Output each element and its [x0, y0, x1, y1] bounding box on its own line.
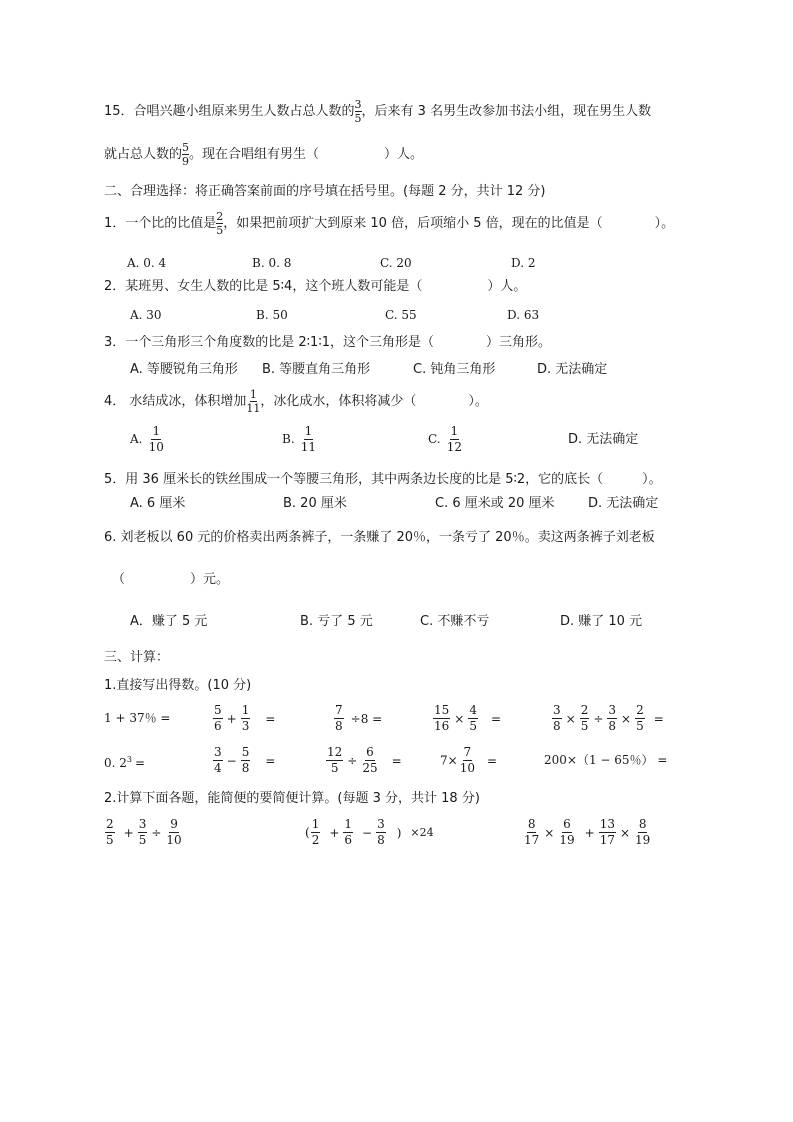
fraction: 910: [165, 817, 182, 848]
q2-option-b: B. 50: [256, 307, 288, 323]
equals: =: [392, 754, 402, 768]
operator: ÷: [593, 712, 603, 726]
operator: ×: [620, 826, 630, 840]
denominator: 5: [105, 833, 115, 848]
denominator: 5: [138, 833, 148, 848]
question-6: 6. 刘老板以 60 元的价格卖出两条裤子，一条赚了 20％，一条亏了 20％。…: [104, 530, 655, 546]
expr-1-3: 78÷8 =: [333, 703, 385, 734]
numerator: 15: [433, 703, 450, 719]
denominator: 10: [165, 833, 182, 848]
fraction: 59: [182, 141, 189, 168]
option-label: B.: [282, 432, 295, 446]
numerator: 3: [355, 98, 362, 112]
equals: =: [135, 756, 145, 770]
q3-option-b: B. 等腰直角三角形: [262, 362, 370, 378]
denominator: 9: [182, 155, 189, 168]
denominator: 6: [343, 833, 353, 848]
q5-option-a: A. 6 厘米: [130, 496, 185, 512]
numerator: 5: [182, 141, 189, 155]
numerator: 8: [638, 817, 648, 833]
base: 0. 2: [104, 756, 127, 770]
numerator: 2: [635, 703, 645, 719]
exponent: 3: [127, 755, 132, 764]
fraction: 25: [105, 817, 115, 848]
question-text: 4． 水结成冰，体积增加: [104, 394, 246, 409]
fraction: 45: [468, 703, 478, 734]
q1-option-d: D. 2: [511, 255, 535, 271]
fraction: 12: [311, 817, 321, 848]
option-label: C.: [428, 432, 441, 446]
fraction: 25: [580, 703, 590, 734]
denominator: 19: [558, 833, 575, 848]
numerator: 12: [326, 745, 343, 761]
part1-title: 1.直接写出得数。(10 分): [104, 678, 251, 694]
section3-title: 三、计算：: [104, 650, 169, 666]
denominator: 8: [334, 719, 344, 734]
fraction: 56: [213, 703, 223, 734]
numerator: 4: [468, 703, 478, 719]
q4-option-c: C. 112: [428, 424, 464, 455]
operator: ×: [566, 712, 576, 726]
fraction: 25: [216, 210, 223, 237]
fraction: 817: [523, 817, 540, 848]
numerator: 9: [169, 817, 179, 833]
q15-text: 。现在合唱组有男生（ ）人。: [189, 147, 423, 162]
denominator: 25: [361, 761, 378, 776]
denominator: 8: [376, 833, 386, 848]
operator: 7×: [440, 754, 458, 768]
question-4: 4． 水结成冰，体积增加111，冰化成水，体积将减少（ ）。: [104, 394, 488, 421]
operator: ×: [454, 712, 464, 726]
expr-2-1: 0. 23=: [104, 752, 145, 771]
numerator: 1: [450, 424, 460, 440]
fraction: 1317: [599, 817, 616, 848]
q6-option-b: B. 亏了 5 元: [300, 614, 373, 630]
q6-option-a: A．赚了 5 元: [130, 614, 207, 630]
fraction: 110: [148, 424, 165, 455]
numerator: 1: [241, 703, 251, 719]
q6-option-d: D. 赚了 10 元: [560, 614, 642, 630]
equals: =: [265, 754, 275, 768]
equals: =: [487, 754, 497, 768]
denominator: 5: [330, 761, 340, 776]
calc-1: 25+35÷910: [104, 817, 184, 848]
operator: ÷8 =: [351, 712, 383, 726]
fraction: 13: [241, 703, 251, 734]
option-label: A.: [130, 432, 142, 446]
denominator: 8: [241, 761, 251, 776]
calc-2: (12+16−38)×24: [305, 817, 437, 848]
q2-option-d: D. 63: [507, 307, 539, 323]
fraction: 112: [446, 424, 463, 455]
denominator: 2: [311, 833, 321, 848]
q5-option-d: D. 无法确定: [588, 496, 658, 512]
denominator: 10: [148, 440, 165, 455]
operator: ×24: [410, 826, 433, 839]
q5-option-b: B. 20 厘米: [283, 496, 347, 512]
q4-option-a: A. 110: [130, 424, 166, 455]
expr-2-3: 125÷625=: [325, 745, 405, 776]
q3-option-d: D. 无法确定: [537, 362, 607, 378]
operator: ×: [621, 712, 631, 726]
fraction: 35: [355, 98, 362, 125]
q15-line2: 就占总人数的59。现在合唱组有男生（ ）人。: [104, 147, 423, 174]
q2-option-a: A. 30: [130, 307, 162, 323]
fraction: 38: [552, 703, 562, 734]
operator: ÷: [347, 754, 357, 768]
denominator: 11: [246, 402, 260, 415]
expr-2-5: 200×（1 − 65％） =: [544, 752, 667, 768]
denominator: 6: [213, 719, 223, 734]
denominator: 5: [216, 224, 223, 237]
fraction: 38: [376, 817, 386, 848]
denominator: 17: [599, 833, 616, 848]
numerator: 13: [599, 817, 616, 833]
q4-option-d: D. 无法确定: [568, 432, 638, 448]
denominator: 8: [607, 719, 617, 734]
fraction: 78: [334, 703, 344, 734]
q15-line1: 15．合唱兴趣小组原来男生人数占总人数的35，后来有 3 名男生改参加书法小组，…: [104, 104, 651, 131]
q6-option-c: C. 不赚不亏: [420, 614, 489, 630]
fraction: 125: [326, 745, 343, 776]
denominator: 8: [552, 719, 562, 734]
operator: +: [585, 826, 595, 840]
equals: =: [265, 712, 275, 726]
numerator: 1: [304, 424, 314, 440]
q1-option-b: B. 0. 8: [252, 255, 291, 271]
denominator: 11: [300, 440, 317, 455]
question-text: 1．一个比的比值是: [104, 216, 216, 231]
numerator: 1: [311, 817, 321, 833]
fraction: 25: [635, 703, 645, 734]
fraction: 819: [634, 817, 651, 848]
operator: −: [362, 826, 372, 840]
equals: =: [491, 712, 501, 726]
numerator: 3: [607, 703, 617, 719]
denominator: 5: [580, 719, 590, 734]
question-2: 2．某班男、女生人数的比是 5∶4，这个班人数可能是（ ）人。: [104, 279, 526, 295]
numerator: 2: [580, 703, 590, 719]
operator: +: [124, 826, 134, 840]
fraction: 111: [246, 388, 260, 415]
denominator: 3: [241, 719, 251, 734]
expr-1-4: 1516×45=: [432, 703, 504, 734]
q15-text: ，后来有 3 名男生改参加书法小组，现在男生人数: [362, 104, 652, 119]
q4-option-b: B. 111: [282, 424, 318, 455]
section2-title: 二、合理选择：将正确答案前面的序号填在括号里。(每题 2 分，共计 12 分): [104, 184, 546, 200]
denominator: 5: [635, 719, 645, 734]
numerator: 5: [213, 703, 223, 719]
numerator: 7: [463, 745, 473, 761]
fraction: 619: [558, 817, 575, 848]
operator: +: [329, 826, 339, 840]
calc-3: 817×619+1317×819: [522, 817, 652, 848]
numerator: 1: [151, 424, 161, 440]
expr-2-2: 34−58=: [212, 745, 278, 776]
expr-1-1: 1 + 37％ =: [104, 710, 170, 726]
paren-close: ): [397, 826, 402, 840]
denominator: 17: [523, 833, 540, 848]
part2-title: 2.计算下面各题，能简便的要简便计算。(每题 3 分，共计 18 分): [104, 791, 480, 807]
q15-text: 15．合唱兴趣小组原来男生人数占总人数的: [104, 104, 355, 119]
fraction: 58: [241, 745, 251, 776]
question-5: 5．用 36 厘米长的铁丝围成一个等腰三角形，其中两条边长度的比是 5∶2，它的…: [104, 472, 662, 488]
operator: ÷: [151, 826, 161, 840]
denominator: 5: [355, 112, 362, 125]
numerator: 1: [250, 388, 257, 402]
question-1: 1．一个比的比值是25，如果把前项扩大到原来 10 倍，后项缩小 5 倍，现在的…: [104, 216, 674, 243]
numerator: 3: [138, 817, 148, 833]
fraction: 38: [607, 703, 617, 734]
question-6-blank: （ ）元。: [112, 572, 229, 588]
numerator: 6: [562, 817, 572, 833]
fraction: 625: [361, 745, 378, 776]
fraction: 710: [459, 745, 476, 776]
numerator: 2: [216, 210, 223, 224]
denominator: 5: [468, 719, 478, 734]
numerator: 3: [376, 817, 386, 833]
q3-option-a: A. 等腰锐角三角形: [130, 362, 238, 378]
q3-option-c: C. 钝角三角形: [413, 362, 495, 378]
fraction: 35: [138, 817, 148, 848]
expr-1-5: 38×25÷38×25=: [551, 703, 667, 734]
numerator: 1: [343, 817, 353, 833]
question-text: ，如果把前项扩大到原来 10 倍，后项缩小 5 倍，现在的比值是（ ）。: [223, 216, 674, 231]
paren-open: (: [305, 826, 310, 840]
question-3: 3．一个三角形三个角度数的比是 2∶1∶1，这个三角形是（ ）三角形。: [104, 335, 551, 351]
operator: ×: [544, 826, 554, 840]
q5-option-c: C. 6 厘米或 20 厘米: [435, 496, 555, 512]
denominator: 4: [213, 761, 223, 776]
operator: −: [227, 754, 237, 768]
denominator: 16: [433, 719, 450, 734]
q2-option-c: C. 55: [385, 307, 417, 323]
fraction: 34: [213, 745, 223, 776]
numerator: 5: [241, 745, 251, 761]
q1-option-c: C. 20: [380, 255, 412, 271]
numerator: 3: [213, 745, 223, 761]
denominator: 12: [446, 440, 463, 455]
expr-1-2: 56+13=: [212, 703, 278, 734]
question-text: ，冰化成水，体积将减少（ ）。: [260, 394, 488, 409]
numerator: 7: [334, 703, 344, 719]
numerator: 2: [105, 817, 115, 833]
equals: =: [654, 712, 664, 726]
fraction: 1516: [433, 703, 450, 734]
operator: +: [227, 712, 237, 726]
denominator: 10: [459, 761, 476, 776]
fraction: 111: [300, 424, 317, 455]
denominator: 19: [634, 833, 651, 848]
numerator: 6: [365, 745, 375, 761]
expr-2-4: 7×710=: [440, 745, 500, 776]
q1-option-a: A. 0. 4: [127, 255, 166, 271]
numerator: 8: [527, 817, 537, 833]
q15-text: 就占总人数的: [104, 147, 182, 162]
numerator: 3: [552, 703, 562, 719]
fraction: 16: [343, 817, 353, 848]
